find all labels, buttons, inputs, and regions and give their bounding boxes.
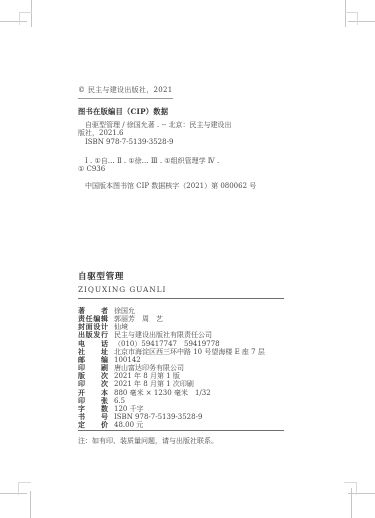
colophon-value: 880 毫米 × 1230 毫米 1/32 — [114, 389, 211, 397]
cip-line-isbn: ISBN 978-7-5139-3528-9 — [78, 138, 293, 146]
colophon-value: 6.5 — [114, 397, 125, 405]
colophon-row-price: 定价 48.00 元 — [78, 421, 265, 429]
cip-line-class-code: ① C936 — [78, 165, 293, 173]
crop-mark-top-left-inner — [19, 12, 32, 25]
colophon-label: 定价 — [78, 421, 108, 429]
title-block: 自驱型管理 ZIQUXING GUANLI — [78, 272, 284, 299]
crop-mark-top-right-inner — [345, 12, 358, 25]
quality-note: 注：如有印、装质量问题，请与出版社联系。 — [78, 430, 284, 446]
crop-mark-bottom-left-vertical — [30, 491, 31, 518]
colophon-value: 120 千字 — [114, 405, 144, 413]
book-title-chinese: 自驱型管理 — [78, 272, 284, 282]
colophon-value: 北京市海淀区西三环中路 10 号望海楼 E 座 7 层 — [114, 348, 265, 356]
cip-line-registration-number: 中国版本图书馆 CIP 数据核字（2021）第 080062 号 — [78, 182, 293, 190]
colophon-value: 100142 — [114, 356, 141, 364]
colophon-value: ISBN 978-7-5139-3528-9 — [114, 413, 202, 421]
colophon-value: 徐国允 — [114, 307, 135, 315]
cip-block: 图书在版编目（CIP）数据 自驱型管理 / 徐国允著 . -- 北京：民主与建设… — [78, 108, 293, 190]
colophon-value: 民主与建设出版社有限责任公司 — [114, 331, 212, 339]
cip-line-publisher-year: 版社，2021.6 — [78, 129, 293, 137]
crop-mark-bottom-right-inner — [344, 482, 357, 495]
crop-mark-bottom-left-inner — [18, 482, 31, 495]
colophon-value: 2021 年 8 月第 1 次印刷 — [114, 380, 194, 388]
colophon-block: 著者 徐国允 责任编辑 郭丽芳 周 艺 封面设计 仙境 出版发行 民主与建设出版… — [78, 307, 265, 429]
book-copyright-page: © 民主与建设出版社，2021 图书在版编目（CIP）数据 自驱型管理 / 徐国… — [0, 0, 375, 518]
colophon-value: 48.00 元 — [114, 421, 143, 429]
cip-heading: 图书在版编目（CIP）数据 — [78, 108, 293, 116]
copyright-line: © 民主与建设出版社，2021 — [78, 85, 173, 99]
book-title-pinyin: ZIQUXING GUANLI — [78, 285, 284, 294]
cip-line-classification: Ⅰ . ①自… Ⅱ . ①徐… Ⅲ . ①组织管理学 Ⅳ . — [78, 157, 293, 165]
colophon-value: （010）59417747 59419778 — [114, 340, 220, 348]
